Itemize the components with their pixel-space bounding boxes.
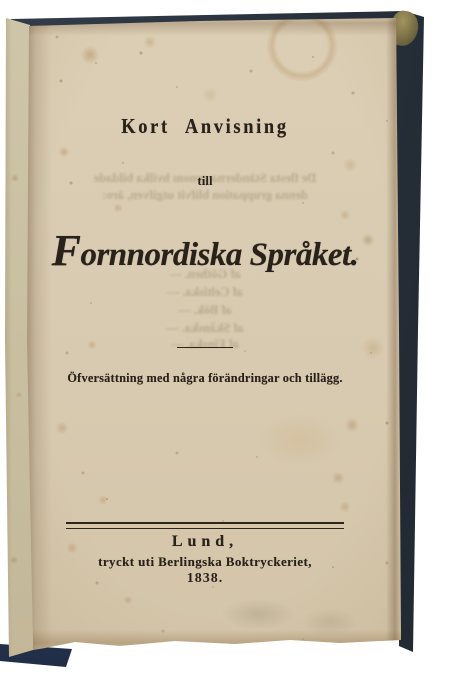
imprint-city: Lund, [30,533,380,551]
book-photograph: De flesta Ständerna genom hvilka bildade… [0,0,449,700]
main-title: Fornnordiska Språket. [30,223,380,283]
imprint-separator-rule [66,522,344,529]
subtitle-connector: till [30,173,380,189]
imprint-year: 1838. [30,571,380,587]
imprint-printer: tryckt uti Berlingska Boktryckeriet, [30,554,380,570]
translation-note: Öfversättning med några förändringar och… [39,370,372,386]
title-page-content: Kort Anvisning till Fornnordiska Språket… [30,0,380,700]
foxing-speckles [0,0,2,2]
separator-rule-short [177,347,233,348]
series-title: Kort Anvisning [51,114,359,139]
